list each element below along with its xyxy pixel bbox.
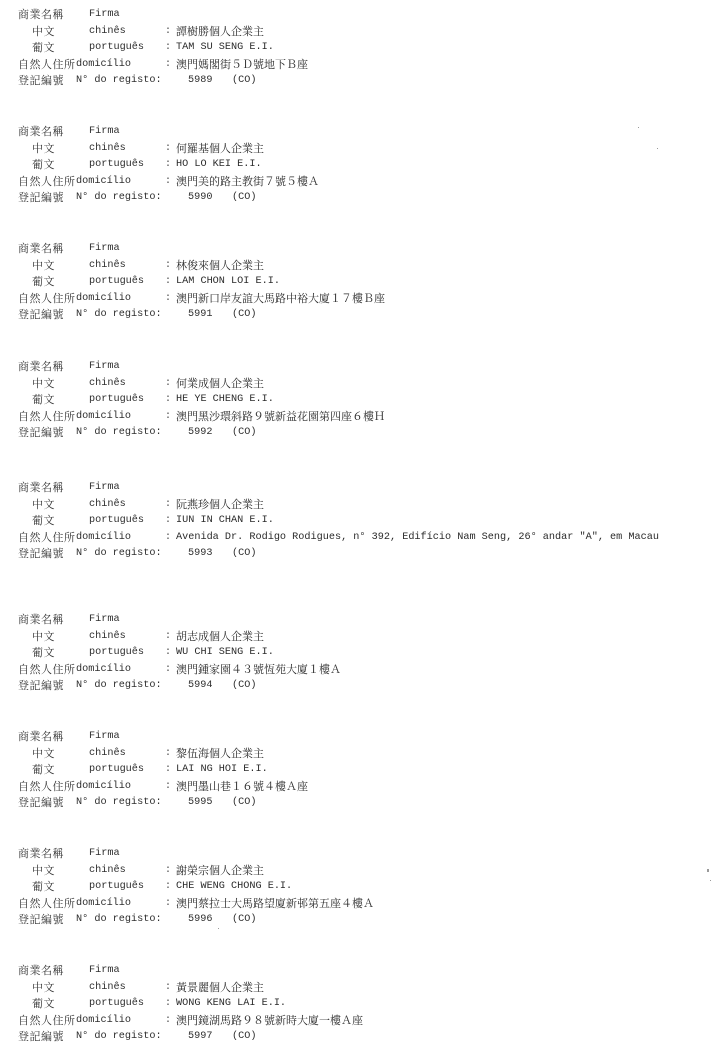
domicile-label-pt: domicílio: [76, 409, 131, 426]
portuguese-name-value: WU CHI SENG E.I.: [176, 645, 274, 662]
firm-label-pt: Firma: [89, 612, 120, 629]
colon: :: [165, 409, 171, 426]
registry-suffix: (CO): [232, 425, 256, 442]
firm-entry: 商業名稱 Firma 中文 chinês : 譚樹勝個人企業主 葡文 portu…: [0, 7, 720, 90]
firm-entry: 商業名稱 Firma 中文 chinês : 黃景麗個人企業主 葡文 portu…: [0, 963, 720, 1046]
registry-row: 登記編號 N° do registo: 5989 (CO): [0, 73, 720, 90]
domicile-label-cjk: 自然人住所: [18, 174, 76, 191]
firm-label-cjk: 商業名稱: [18, 241, 64, 258]
chinese-name-row: 中文 chinês : 謝榮宗個人企業主: [0, 863, 720, 880]
registry-row: 登記編號 N° do registo: 5992 (CO): [0, 425, 720, 442]
colon: :: [165, 141, 171, 158]
scan-speck: [638, 127, 639, 128]
portuguese-label-pt: português: [89, 645, 144, 662]
portuguese-name-row: 葡文 português : HE YE CHENG E.I.: [0, 392, 720, 409]
chinese-name-value: 謝榮宗個人企業主: [176, 863, 264, 880]
scan-speck: [657, 148, 658, 149]
registry-suffix: (CO): [232, 307, 256, 324]
registry-label-pt: N° do registo:: [76, 1029, 162, 1046]
portuguese-name-value: WONG KENG LAI E.I.: [176, 996, 286, 1013]
domicile-label-cjk: 自然人住所: [18, 662, 76, 679]
portuguese-label-pt: português: [89, 40, 144, 57]
registry-label-pt: N° do registo:: [76, 190, 162, 207]
scan-speck: [710, 880, 711, 881]
chinese-name-row: 中文 chinês : 何業成個人企業主: [0, 376, 720, 393]
domicile-row: 自然人住所 domicílio : 澳門媽閣街５Ｄ號地下Ｂ座: [0, 57, 720, 74]
domicile-label-pt: domicílio: [76, 57, 131, 74]
portuguese-label-pt: português: [89, 762, 144, 779]
firm-header-row: 商業名稱 Firma: [0, 241, 720, 258]
colon: :: [165, 291, 171, 308]
portuguese-name-row: 葡文 português : HO LO KEI E.I.: [0, 157, 720, 174]
portuguese-name-value: CHE WENG CHONG E.I.: [176, 879, 292, 896]
colon: :: [165, 497, 171, 514]
chinese-label-cjk: 中文: [32, 376, 55, 393]
registry-row: 登記編號 N° do registo: 5991 (CO): [0, 307, 720, 324]
colon: :: [165, 662, 171, 679]
registry-number: 5990: [188, 190, 212, 207]
registry-suffix: (CO): [232, 795, 256, 812]
chinese-label-cjk: 中文: [32, 746, 55, 763]
firm-label-cjk: 商業名稱: [18, 846, 64, 863]
registry-number: 5997: [188, 1029, 212, 1046]
domicile-label-pt: domicílio: [76, 662, 131, 679]
portuguese-label-cjk: 葡文: [32, 645, 55, 662]
portuguese-label-cjk: 葡文: [32, 996, 55, 1013]
colon: :: [165, 863, 171, 880]
chinese-label-pt: chinês: [89, 629, 126, 646]
domicile-value: Avenida Dr. Rodigo Rodigues, n° 392, Edi…: [176, 530, 659, 547]
portuguese-name-value: HO LO KEI E.I.: [176, 157, 262, 174]
firm-header-row: 商業名稱 Firma: [0, 846, 720, 863]
colon: :: [165, 762, 171, 779]
scan-speck: [707, 869, 709, 872]
registry-row: 登記編號 N° do registo: 5990 (CO): [0, 190, 720, 207]
firm-label-cjk: 商業名稱: [18, 124, 64, 141]
portuguese-label-pt: português: [89, 274, 144, 291]
colon: :: [165, 174, 171, 191]
portuguese-label-cjk: 葡文: [32, 40, 55, 57]
registry-row: 登記編號 N° do registo: 5993 (CO): [0, 546, 720, 563]
portuguese-name-row: 葡文 português : CHE WENG CHONG E.I.: [0, 879, 720, 896]
registry-suffix: (CO): [232, 546, 256, 563]
firm-header-row: 商業名稱 Firma: [0, 359, 720, 376]
chinese-label-cjk: 中文: [32, 863, 55, 880]
registry-row: 登記編號 N° do registo: 5997 (CO): [0, 1029, 720, 1046]
colon: :: [165, 392, 171, 409]
firm-header-row: 商業名稱 Firma: [0, 7, 720, 24]
domicile-value: 澳門鍾家園４３號恆苑大廈１樓Ａ: [176, 662, 341, 679]
firm-header-row: 商業名稱 Firma: [0, 480, 720, 497]
firm-label-cjk: 商業名稱: [18, 480, 64, 497]
firm-label-cjk: 商業名稱: [18, 963, 64, 980]
portuguese-name-row: 葡文 português : LAI NG HOI E.I.: [0, 762, 720, 779]
registry-label-cjk: 登記編號: [18, 307, 64, 324]
firm-label-cjk: 商業名稱: [18, 359, 64, 376]
colon: :: [165, 376, 171, 393]
colon: :: [165, 980, 171, 997]
chinese-name-value: 何羅基個人企業主: [176, 141, 264, 158]
domicile-label-cjk: 自然人住所: [18, 291, 76, 308]
colon: :: [165, 896, 171, 913]
portuguese-name-value: IUN IN CHAN E.I.: [176, 513, 274, 530]
firm-label-pt: Firma: [89, 7, 120, 24]
firm-entry: 商業名稱 Firma 中文 chinês : 謝榮宗個人企業主 葡文 portu…: [0, 846, 720, 929]
firm-label-pt: Firma: [89, 846, 120, 863]
colon: :: [165, 879, 171, 896]
chinese-label-cjk: 中文: [32, 258, 55, 275]
chinese-name-value: 黎伍海個人企業主: [176, 746, 264, 763]
registry-label-pt: N° do registo:: [76, 546, 162, 563]
domicile-row: 自然人住所 domicílio : 澳門墨山巷１６號４樓Ａ座: [0, 779, 720, 796]
registry-label-cjk: 登記編號: [18, 425, 64, 442]
domicile-label-cjk: 自然人住所: [18, 896, 76, 913]
firm-label-cjk: 商業名稱: [18, 7, 64, 24]
colon: :: [165, 274, 171, 291]
chinese-name-value: 林俊來個人企業主: [176, 258, 264, 275]
domicile-label-cjk: 自然人住所: [18, 409, 76, 426]
colon: :: [165, 746, 171, 763]
registry-label-pt: N° do registo:: [76, 912, 162, 929]
portuguese-name-value: LAI NG HOI E.I.: [176, 762, 268, 779]
chinese-name-row: 中文 chinês : 阮燕珍個人企業主: [0, 497, 720, 514]
registry-label-cjk: 登記編號: [18, 912, 64, 929]
domicile-label-pt: domicílio: [76, 896, 131, 913]
portuguese-label-cjk: 葡文: [32, 762, 55, 779]
domicile-value: 澳門美的路主教街７號５樓Ａ: [176, 174, 319, 191]
registry-row: 登記編號 N° do registo: 5996 (CO): [0, 912, 720, 929]
registry-label-cjk: 登記編號: [18, 795, 64, 812]
registry-label-pt: N° do registo:: [76, 73, 162, 90]
firm-header-row: 商業名稱 Firma: [0, 124, 720, 141]
portuguese-label-pt: português: [89, 513, 144, 530]
portuguese-name-value: HE YE CHENG E.I.: [176, 392, 274, 409]
registry-label-pt: N° do registo:: [76, 425, 162, 442]
firm-entry: 商業名稱 Firma 中文 chinês : 胡志成個人企業主 葡文 portu…: [0, 612, 720, 695]
registry-suffix: (CO): [232, 190, 256, 207]
chinese-name-row: 中文 chinês : 黎伍海個人企業主: [0, 746, 720, 763]
firm-label-pt: Firma: [89, 729, 120, 746]
colon: :: [165, 57, 171, 74]
registry-label-pt: N° do registo:: [76, 795, 162, 812]
registry-label-pt: N° do registo:: [76, 678, 162, 695]
colon: :: [165, 513, 171, 530]
portuguese-label-cjk: 葡文: [32, 157, 55, 174]
chinese-label-cjk: 中文: [32, 24, 55, 41]
scan-speck: [218, 928, 219, 929]
chinese-label-cjk: 中文: [32, 497, 55, 514]
registry-label-cjk: 登記編號: [18, 190, 64, 207]
chinese-label-pt: chinês: [89, 376, 126, 393]
chinese-name-row: 中文 chinês : 何羅基個人企業主: [0, 141, 720, 158]
colon: :: [165, 1013, 171, 1030]
registry-suffix: (CO): [232, 73, 256, 90]
colon: :: [165, 645, 171, 662]
chinese-label-cjk: 中文: [32, 141, 55, 158]
portuguese-label-pt: português: [89, 392, 144, 409]
domicile-value: 澳門鏡湖馬路９８號新時大廈一樓Ａ座: [176, 1013, 363, 1030]
registry-row: 登記編號 N° do registo: 5994 (CO): [0, 678, 720, 695]
chinese-label-pt: chinês: [89, 980, 126, 997]
firm-header-row: 商業名稱 Firma: [0, 729, 720, 746]
registry-label-cjk: 登記編號: [18, 678, 64, 695]
domicile-label-pt: domicílio: [76, 530, 131, 547]
portuguese-name-row: 葡文 português : IUN IN CHAN E.I.: [0, 513, 720, 530]
firm-entry: 商業名稱 Firma 中文 chinês : 何羅基個人企業主 葡文 portu…: [0, 124, 720, 207]
firm-header-row: 商業名稱 Firma: [0, 612, 720, 629]
domicile-value: 澳門黑沙環斜路９號新益花園第四座６樓Ｈ: [176, 409, 385, 426]
portuguese-label-pt: português: [89, 879, 144, 896]
registry-row: 登記編號 N° do registo: 5995 (CO): [0, 795, 720, 812]
registry-number: 5994: [188, 678, 212, 695]
chinese-name-row: 中文 chinês : 黃景麗個人企業主: [0, 980, 720, 997]
chinese-label-cjk: 中文: [32, 629, 55, 646]
colon: :: [165, 40, 171, 57]
firm-label-pt: Firma: [89, 480, 120, 497]
colon: :: [165, 24, 171, 41]
firm-entry: 商業名稱 Firma 中文 chinês : 阮燕珍個人企業主 葡文 portu…: [0, 480, 720, 563]
domicile-value: 澳門新口岸友誼大馬路中裕大廈１７樓Ｂ座: [176, 291, 385, 308]
domicile-label-pt: domicílio: [76, 1013, 131, 1030]
portuguese-label-pt: português: [89, 996, 144, 1013]
domicile-value: 澳門媽閣街５Ｄ號地下Ｂ座: [176, 57, 308, 74]
portuguese-label-pt: português: [89, 157, 144, 174]
domicile-row: 自然人住所 domicílio : 澳門美的路主教街７號５樓Ａ: [0, 174, 720, 191]
firm-label-pt: Firma: [89, 963, 120, 980]
firm-label-pt: Firma: [89, 124, 120, 141]
registry-suffix: (CO): [232, 1029, 256, 1046]
domicile-value: 澳門墨山巷１６號４樓Ａ座: [176, 779, 308, 796]
domicile-row: 自然人住所 domicílio : 澳門新口岸友誼大馬路中裕大廈１７樓Ｂ座: [0, 291, 720, 308]
registry-label-pt: N° do registo:: [76, 307, 162, 324]
colon: :: [165, 157, 171, 174]
registry-number: 5993: [188, 546, 212, 563]
colon: :: [165, 996, 171, 1013]
registry-label-cjk: 登記編號: [18, 73, 64, 90]
portuguese-label-cjk: 葡文: [32, 392, 55, 409]
domicile-label-cjk: 自然人住所: [18, 57, 76, 74]
firm-header-row: 商業名稱 Firma: [0, 963, 720, 980]
domicile-row: 自然人住所 domicílio : Avenida Dr. Rodigo Rod…: [0, 530, 720, 547]
chinese-label-pt: chinês: [89, 258, 126, 275]
firm-entry: 商業名稱 Firma 中文 chinês : 黎伍海個人企業主 葡文 portu…: [0, 729, 720, 812]
chinese-label-pt: chinês: [89, 24, 126, 41]
domicile-label-cjk: 自然人住所: [18, 1013, 76, 1030]
firm-entry: 商業名稱 Firma 中文 chinês : 林俊來個人企業主 葡文 portu…: [0, 241, 720, 324]
portuguese-name-row: 葡文 português : WONG KENG LAI E.I.: [0, 996, 720, 1013]
chinese-name-value: 胡志成個人企業主: [176, 629, 264, 646]
registry-number: 5991: [188, 307, 212, 324]
domicile-value: 澳門蔡拉士大馬路望廈新邨第五座４樓Ａ: [176, 896, 374, 913]
portuguese-name-value: TAM SU SENG E.I.: [176, 40, 274, 57]
chinese-name-row: 中文 chinês : 林俊來個人企業主: [0, 258, 720, 275]
portuguese-label-cjk: 葡文: [32, 513, 55, 530]
chinese-label-pt: chinês: [89, 746, 126, 763]
portuguese-label-cjk: 葡文: [32, 879, 55, 896]
colon: :: [165, 530, 171, 547]
portuguese-name-value: LAM CHON LOI E.I.: [176, 274, 280, 291]
firm-label-cjk: 商業名稱: [18, 729, 64, 746]
chinese-name-value: 何業成個人企業主: [176, 376, 264, 393]
chinese-name-value: 黃景麗個人企業主: [176, 980, 264, 997]
domicile-label-pt: domicílio: [76, 174, 131, 191]
domicile-row: 自然人住所 domicílio : 澳門蔡拉士大馬路望廈新邨第五座４樓Ａ: [0, 896, 720, 913]
chinese-name-value: 阮燕珍個人企業主: [176, 497, 264, 514]
domicile-row: 自然人住所 domicílio : 澳門鍾家園４３號恆苑大廈１樓Ａ: [0, 662, 720, 679]
firm-entry: 商業名稱 Firma 中文 chinês : 何業成個人企業主 葡文 portu…: [0, 359, 720, 442]
portuguese-name-row: 葡文 português : WU CHI SENG E.I.: [0, 645, 720, 662]
registry-number: 5995: [188, 795, 212, 812]
chinese-name-row: 中文 chinês : 譚樹勝個人企業主: [0, 24, 720, 41]
domicile-label-pt: domicílio: [76, 291, 131, 308]
chinese-label-cjk: 中文: [32, 980, 55, 997]
colon: :: [165, 629, 171, 646]
domicile-label-pt: domicílio: [76, 779, 131, 796]
firm-label-pt: Firma: [89, 359, 120, 376]
registry-suffix: (CO): [232, 912, 256, 929]
firm-label-pt: Firma: [89, 241, 120, 258]
domicile-label-cjk: 自然人住所: [18, 779, 76, 796]
portuguese-name-row: 葡文 português : LAM CHON LOI E.I.: [0, 274, 720, 291]
domicile-label-cjk: 自然人住所: [18, 530, 76, 547]
colon: :: [165, 779, 171, 796]
registry-number: 5992: [188, 425, 212, 442]
domicile-row: 自然人住所 domicílio : 澳門鏡湖馬路９８號新時大廈一樓Ａ座: [0, 1013, 720, 1030]
registry-number: 5989: [188, 73, 212, 90]
chinese-label-pt: chinês: [89, 863, 126, 880]
chinese-label-pt: chinês: [89, 497, 126, 514]
chinese-label-pt: chinês: [89, 141, 126, 158]
portuguese-name-row: 葡文 português : TAM SU SENG E.I.: [0, 40, 720, 57]
chinese-name-value: 譚樹勝個人企業主: [176, 24, 264, 41]
firm-label-cjk: 商業名稱: [18, 612, 64, 629]
chinese-name-row: 中文 chinês : 胡志成個人企業主: [0, 629, 720, 646]
registry-label-cjk: 登記編號: [18, 1029, 64, 1046]
registry-label-cjk: 登記編號: [18, 546, 64, 563]
registry-number: 5996: [188, 912, 212, 929]
colon: :: [165, 258, 171, 275]
portuguese-label-cjk: 葡文: [32, 274, 55, 291]
domicile-row: 自然人住所 domicílio : 澳門黑沙環斜路９號新益花園第四座６樓Ｈ: [0, 409, 720, 426]
registry-suffix: (CO): [232, 678, 256, 695]
